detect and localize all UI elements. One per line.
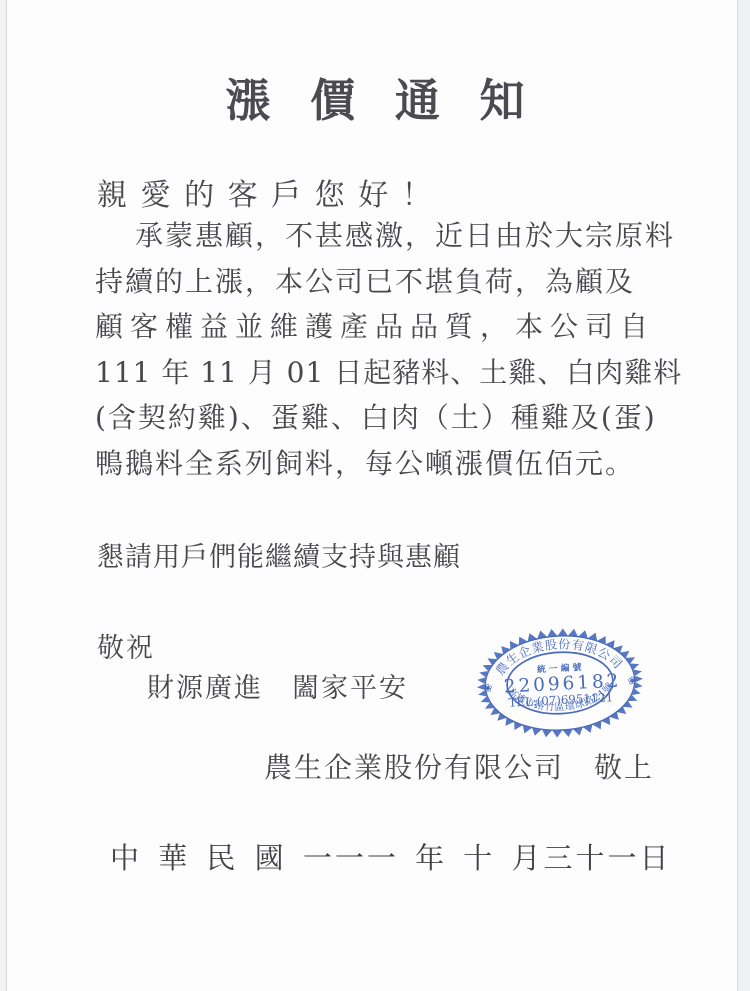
body-line: 鴨鵝料全系列飼料，每公噸漲價伍佰元。 — [95, 441, 667, 487]
flower-icon-right: ❀ — [627, 674, 637, 687]
paper-edge-right — [737, 0, 750, 991]
closing-salutation: 敬祝 — [97, 626, 155, 665]
date-line: 中 華 民 國 一一一 年 十 月三十一日 — [110, 836, 672, 877]
greeting-line: 親 愛 的 客 戶 您 好 ！ — [97, 170, 434, 214]
paper-edge-left — [0, 0, 7, 991]
signature-line: 農生企業股份有限公司 敬上 — [264, 746, 654, 786]
company-stamp: 農生企業股份有限公司 高雄市路竹區環球路21號 統 一 編 號 22096182… — [473, 620, 647, 747]
body-line: 承蒙惠顧，不甚感激，近日由於大宗原料 — [95, 213, 667, 259]
appeal-line: 懇請用戶們能繼續支持與惠顧 — [97, 535, 461, 574]
body-paragraph: 承蒙惠顧，不甚感激，近日由於大宗原料 持續的上漲，本公司已不堪負荷，為顧及 顧客… — [95, 213, 667, 486]
body-line: 111 年 11 月 01 日起豬料、土雞、白肉雞料 — [95, 350, 667, 396]
blessing-line: 財源廣進 闔家平安 — [147, 666, 408, 705]
page-title: 漲 價 通 知 — [0, 64, 750, 129]
body-line: 顧客權益並維護產品品質，本公司自 — [95, 304, 667, 350]
body-line: 持續的上漲，本公司已不堪負荷，為顧及 — [95, 259, 667, 305]
body-line: (含契約雞)、蛋雞、白肉（土）種雞及(蛋) — [95, 395, 667, 441]
scanned-notice-page: 漲 價 通 知 親 愛 的 客 戶 您 好 ！ 承蒙惠顧，不甚感激，近日由於大宗… — [0, 0, 750, 991]
flower-icon-left: ❀ — [483, 682, 493, 695]
